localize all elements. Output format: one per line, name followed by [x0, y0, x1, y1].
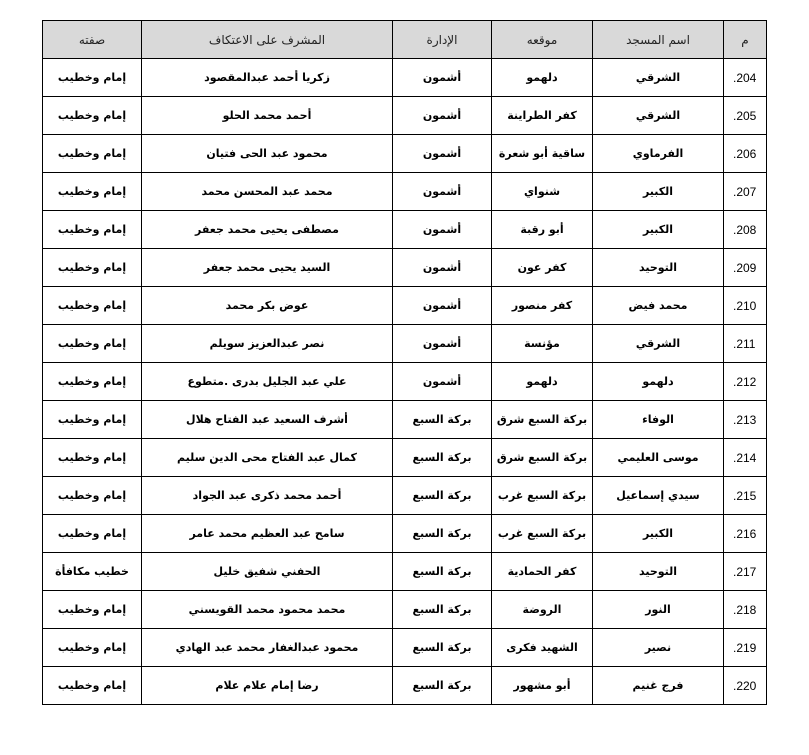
- cell-supervisor: أحمد محمد ذكرى عبد الجواد: [142, 477, 393, 515]
- cell-mosque: التوحيد: [593, 553, 724, 591]
- cell-num: .217: [724, 553, 767, 591]
- cell-num: .213: [724, 401, 767, 439]
- cell-location: شنواي: [492, 173, 593, 211]
- cell-supervisor: كمال عبد الفتاح محى الدين سليم: [142, 439, 393, 477]
- cell-mosque: الفرماوي: [593, 135, 724, 173]
- cell-administration: أشمون: [393, 135, 492, 173]
- cell-role: إمام وخطيب: [43, 591, 142, 629]
- cell-role: إمام وخطيب: [43, 97, 142, 135]
- cell-role: إمام وخطيب: [43, 477, 142, 515]
- cell-mosque: النور: [593, 591, 724, 629]
- cell-num: .220: [724, 667, 767, 705]
- cell-role: إمام وخطيب: [43, 515, 142, 553]
- table-row: .206الفرماويساقية أبو شعرةأشمونمحمود عبد…: [43, 135, 767, 173]
- header-row: م اسم المسجد موقعه الإدارة المشرف على ال…: [43, 21, 767, 59]
- cell-location: الروضة: [492, 591, 593, 629]
- cell-num: .219: [724, 629, 767, 667]
- table-row: .217التوحيدكفر الحماديةبركة السبعالحفني …: [43, 553, 767, 591]
- table-row: .220فرج غنيمأبو مشهوربركة السبعرضا إمام …: [43, 667, 767, 705]
- cell-administration: بركة السبع: [393, 401, 492, 439]
- table-row: .209التوحيدكفر عونأشمونالسيد يحيى محمد ج…: [43, 249, 767, 287]
- cell-num: .211: [724, 325, 767, 363]
- cell-supervisor: عوض بكر محمد: [142, 287, 393, 325]
- cell-role: إمام وخطيب: [43, 287, 142, 325]
- header-supervisor: المشرف على الاعتكاف: [142, 21, 393, 59]
- cell-num: .212: [724, 363, 767, 401]
- header-num: م: [724, 21, 767, 59]
- cell-supervisor: السيد يحيى محمد جعفر: [142, 249, 393, 287]
- header-administration: الإدارة: [393, 21, 492, 59]
- cell-administration: أشمون: [393, 97, 492, 135]
- cell-administration: بركة السبع: [393, 477, 492, 515]
- cell-mosque: الكبير: [593, 173, 724, 211]
- cell-role: إمام وخطيب: [43, 325, 142, 363]
- cell-administration: بركة السبع: [393, 667, 492, 705]
- cell-supervisor: أحمد محمد الحلو: [142, 97, 393, 135]
- table-row: .208الكبيرأبو رقبةأشمونمصطفى يحيى محمد ج…: [43, 211, 767, 249]
- cell-mosque: فرج غنيم: [593, 667, 724, 705]
- cell-supervisor: محمود عبد الحى فتيان: [142, 135, 393, 173]
- cell-administration: أشمون: [393, 363, 492, 401]
- cell-mosque: دلهمو: [593, 363, 724, 401]
- cell-supervisor: أشرف السعيد عبد الفتاح هلال: [142, 401, 393, 439]
- cell-supervisor: علي عبد الجليل بدرى .متطوع: [142, 363, 393, 401]
- table-row: .219نصيرالشهيد فكرىبركة السبعمحمود عبدال…: [43, 629, 767, 667]
- cell-mosque: الشرقي: [593, 59, 724, 97]
- cell-num: .216: [724, 515, 767, 553]
- header-mosque: اسم المسجد: [593, 21, 724, 59]
- cell-role: إمام وخطيب: [43, 211, 142, 249]
- cell-role: إمام وخطيب: [43, 173, 142, 211]
- cell-mosque: الوفاء: [593, 401, 724, 439]
- cell-administration: بركة السبع: [393, 629, 492, 667]
- cell-num: .206: [724, 135, 767, 173]
- cell-location: أبو رقبة: [492, 211, 593, 249]
- cell-mosque: نصير: [593, 629, 724, 667]
- header-role: صفته: [43, 21, 142, 59]
- cell-location: كفر عون: [492, 249, 593, 287]
- cell-num: .214: [724, 439, 767, 477]
- cell-location: أبو مشهور: [492, 667, 593, 705]
- cell-location: بركة السبع غرب: [492, 515, 593, 553]
- table-row: .211الشرقيمؤنسةأشموننصر عبدالعزيز سويلمإ…: [43, 325, 767, 363]
- cell-administration: أشمون: [393, 325, 492, 363]
- cell-supervisor: زكريا أحمد عبدالمقصود: [142, 59, 393, 97]
- cell-administration: بركة السبع: [393, 439, 492, 477]
- cell-role: إمام وخطيب: [43, 401, 142, 439]
- cell-supervisor: نصر عبدالعزيز سويلم: [142, 325, 393, 363]
- cell-role: إمام وخطيب: [43, 59, 142, 97]
- cell-num: .210: [724, 287, 767, 325]
- cell-num: .204: [724, 59, 767, 97]
- cell-location: الشهيد فكرى: [492, 629, 593, 667]
- table-row: .218النورالروضةبركة السبعمحمد محمود محمد…: [43, 591, 767, 629]
- cell-role: إمام وخطيب: [43, 363, 142, 401]
- cell-administration: أشمون: [393, 59, 492, 97]
- cell-mosque: الكبير: [593, 211, 724, 249]
- cell-role: إمام وخطيب: [43, 667, 142, 705]
- cell-supervisor: محمد محمود محمد القويسني: [142, 591, 393, 629]
- cell-location: ساقية أبو شعرة: [492, 135, 593, 173]
- cell-administration: أشمون: [393, 287, 492, 325]
- cell-supervisor: رضا إمام علام علام: [142, 667, 393, 705]
- cell-administration: أشمون: [393, 249, 492, 287]
- cell-location: كفر الحمادية: [492, 553, 593, 591]
- cell-num: .205: [724, 97, 767, 135]
- cell-administration: بركة السبع: [393, 553, 492, 591]
- cell-num: .208: [724, 211, 767, 249]
- cell-administration: أشمون: [393, 211, 492, 249]
- table-row: .214موسى العليميبركة السبع شرقبركة السبع…: [43, 439, 767, 477]
- cell-mosque: محمد فيض: [593, 287, 724, 325]
- cell-mosque: سيدي إسماعيل: [593, 477, 724, 515]
- table-row: .204الشرقيدلهموأشمونزكريا أحمد عبدالمقصو…: [43, 59, 767, 97]
- cell-num: .207: [724, 173, 767, 211]
- cell-role: خطيب مكافأة: [43, 553, 142, 591]
- cell-mosque: التوحيد: [593, 249, 724, 287]
- table-row: .210محمد فيضكفر منصورأشمونعوض بكر محمدإم…: [43, 287, 767, 325]
- cell-supervisor: محمد عبد المحسن محمد: [142, 173, 393, 211]
- table-row: .207الكبيرشنوايأشمونمحمد عبد المحسن محمد…: [43, 173, 767, 211]
- cell-role: إمام وخطيب: [43, 439, 142, 477]
- cell-supervisor: محمود عبدالغفار محمد عبد الهادي: [142, 629, 393, 667]
- cell-location: بركة السبع غرب: [492, 477, 593, 515]
- cell-mosque: موسى العليمي: [593, 439, 724, 477]
- cell-location: دلهمو: [492, 363, 593, 401]
- cell-num: .209: [724, 249, 767, 287]
- cell-location: بركة السبع شرق: [492, 401, 593, 439]
- cell-role: إمام وخطيب: [43, 629, 142, 667]
- header-location: موقعه: [492, 21, 593, 59]
- table-row: .216الكبيربركة السبع غرببركة السبعسامح ع…: [43, 515, 767, 553]
- cell-supervisor: سامح عبد العظيم محمد عامر: [142, 515, 393, 553]
- cell-mosque: الكبير: [593, 515, 724, 553]
- table-row: .213الوفاءبركة السبع شرقبركة السبعأشرف ا…: [43, 401, 767, 439]
- cell-mosque: الشرقي: [593, 97, 724, 135]
- cell-role: إمام وخطيب: [43, 135, 142, 173]
- cell-location: مؤنسة: [492, 325, 593, 363]
- table-row: .205الشرقيكفر الطراينةأشمونأحمد محمد الح…: [43, 97, 767, 135]
- cell-supervisor: مصطفى يحيى محمد جعفر: [142, 211, 393, 249]
- cell-location: دلهمو: [492, 59, 593, 97]
- table-row: .215سيدي إسماعيلبركة السبع غرببركة السبع…: [43, 477, 767, 515]
- cell-administration: بركة السبع: [393, 515, 492, 553]
- cell-location: كفر الطراينة: [492, 97, 593, 135]
- itikaf-supervisors-table: م اسم المسجد موقعه الإدارة المشرف على ال…: [42, 20, 767, 705]
- cell-role: إمام وخطيب: [43, 249, 142, 287]
- cell-administration: أشمون: [393, 173, 492, 211]
- cell-mosque: الشرقي: [593, 325, 724, 363]
- cell-num: .218: [724, 591, 767, 629]
- cell-supervisor: الحفني شفيق خليل: [142, 553, 393, 591]
- cell-location: كفر منصور: [492, 287, 593, 325]
- cell-num: .215: [724, 477, 767, 515]
- table-row: .212دلهمودلهموأشمونعلي عبد الجليل بدرى .…: [43, 363, 767, 401]
- cell-administration: بركة السبع: [393, 591, 492, 629]
- cell-location: بركة السبع شرق: [492, 439, 593, 477]
